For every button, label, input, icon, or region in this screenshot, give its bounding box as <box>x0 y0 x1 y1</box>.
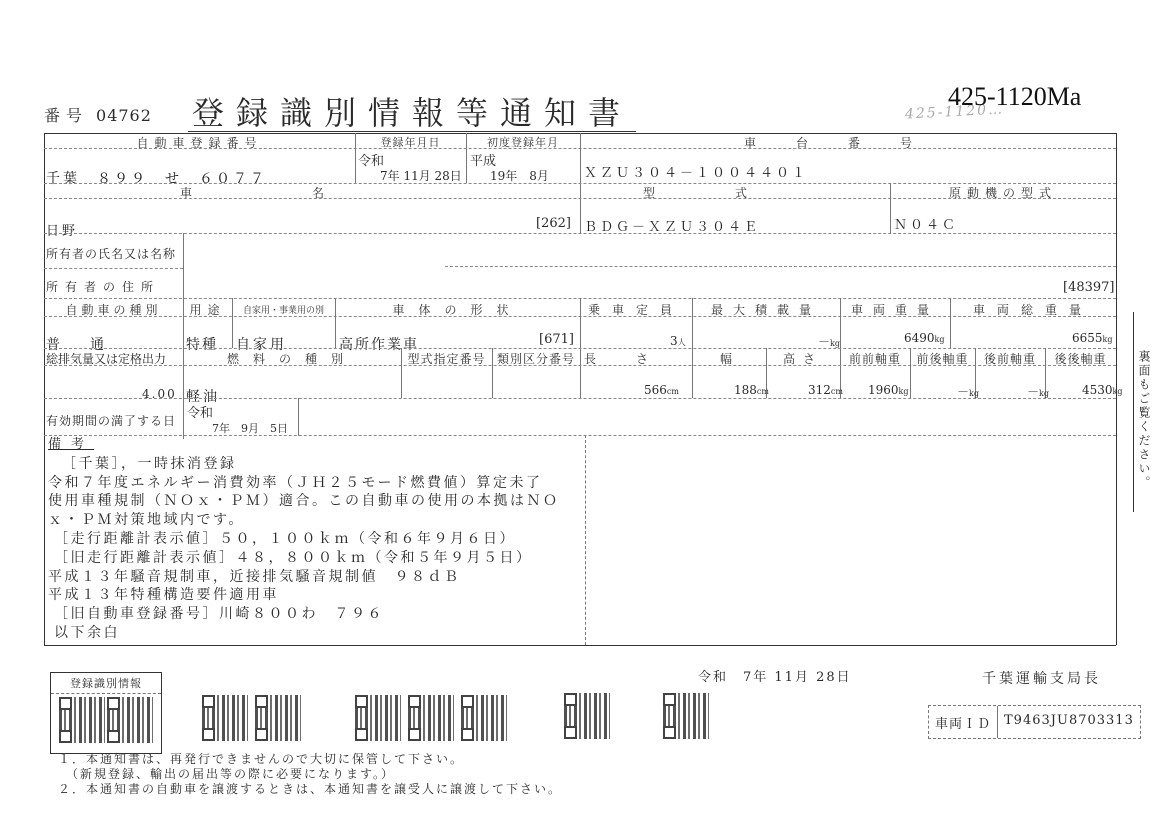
reference-code: 425-1120Ma <box>948 82 1081 112</box>
length-label: 長さ <box>580 350 692 367</box>
cm-unit: cm <box>757 387 769 396</box>
width-value: 188cm <box>734 383 769 397</box>
weight-label: 車両重量 <box>840 301 950 318</box>
remark-line: ［旧自動車登録番号］川崎８００わ ７９６ <box>48 605 560 624</box>
remark-line: ［千葉］，一時抹消登録 <box>48 455 560 474</box>
owner-address-code: [48397] <box>1063 280 1115 295</box>
rf-axle-label: 後前軸重 <box>975 350 1045 367</box>
remark-line: 使用車種規制（ＮＯｘ・ＰＭ）適合。この自動車の使用の本拠はＮＯ <box>48 492 560 511</box>
reg-date-label: 登録年月日 <box>355 134 466 150</box>
vehicle-name-label: 車名 <box>44 184 580 201</box>
gross-label: 車両総重量 <box>950 301 1116 318</box>
fr-axle-number: － <box>957 385 969 399</box>
height-number: 312 <box>808 383 831 397</box>
side-note-text: 裏面もご覧ください。 <box>1136 350 1153 490</box>
model-designation-label: 型式指定番号 <box>401 350 492 367</box>
cm-unit: cm <box>831 387 843 396</box>
ff-axle-number: 1960 <box>868 383 899 397</box>
kg-unit: kg <box>899 387 909 396</box>
qr-box-label: 登録識別情報 <box>51 673 161 694</box>
expiry-value: 7年 9月 5日 <box>212 420 288 436</box>
page-title: 登録識別情報等通知書 <box>188 95 636 132</box>
kg-unit: kg <box>1113 387 1123 396</box>
rr-axle-number: 4530 <box>1082 383 1113 397</box>
expiry-era: 令和 <box>187 402 213 421</box>
gross-number: 6655 <box>1072 331 1103 345</box>
rr-axle-label: 後後軸重 <box>1045 350 1116 367</box>
qr-box: 登録識別情報 <box>50 672 162 754</box>
fr-axle-label: 前後軸重 <box>910 350 975 367</box>
capacity-unit: 人 <box>678 338 686 347</box>
remark-line: 以下余白 <box>48 624 560 643</box>
vehicle-id-label: 車両ＩＤ <box>929 706 998 738</box>
height-label: 高さ <box>766 350 840 367</box>
reg-date-value: 7年 11月 28日 <box>380 167 462 184</box>
owner-address-label: 所有者の住所 <box>46 278 160 295</box>
remark-line: 平成１３年騒音規制車，近接排気騒音規制値 ９８ｄＢ <box>48 568 560 587</box>
note-line: （新規登録、輸出の届出等の際に必要になります。） <box>58 767 562 782</box>
first-reg-label: 初度登録年月 <box>466 134 580 150</box>
remark-line: ［旧走行距離計表示値］４８，８００ｋｍ（令和５年９月５日） <box>48 549 560 568</box>
qr-code-icon <box>461 695 507 741</box>
capacity-number: 3 <box>670 334 678 348</box>
qr-code-icon <box>107 697 153 743</box>
weight-number: 6490 <box>904 331 935 345</box>
cm-unit: cm <box>667 387 679 396</box>
engine-value: Ｎ０４Ｃ <box>894 214 958 233</box>
model-label: 型式 <box>580 184 890 201</box>
vehicle-name-code: [262] <box>536 216 571 231</box>
issue-date: 令和 7年 11月 28日 <box>698 666 852 685</box>
qr-code-icon <box>408 695 454 741</box>
private-label: 自家用・事業用の別 <box>232 303 335 316</box>
remarks-section: 備考 ［千葉］，一時抹消登録 令和７年度エネルギー消費効率（ＪＨ２５モード燃費値… <box>48 436 560 643</box>
kg-unit: kg <box>1103 335 1113 344</box>
fuel-label: 燃料の種別 <box>183 350 401 367</box>
gross-value: 6655kg <box>1072 331 1113 345</box>
note-line: １．本通知書は、再発行できませんので大切に保管して下さい。 <box>58 752 562 767</box>
qr-code-icon <box>59 697 105 743</box>
number-label: 番号 <box>44 106 88 125</box>
qr-code-icon <box>564 693 610 739</box>
vehicle-id-value: T9463JU8703313 <box>998 706 1140 738</box>
footer-notes: １．本通知書は、再発行できませんので大切に保管して下さい。 （新規登録、輸出の届… <box>58 752 562 797</box>
number-value: 04762 <box>96 106 152 125</box>
vehicle-name-value: 日野 <box>46 220 78 239</box>
max-load-number: － <box>818 335 830 349</box>
expiry-label: 有効期間の満了する日 <box>46 412 176 429</box>
rr-axle-value: 4530kg <box>1082 383 1123 397</box>
capacity-label: 乗車定員 <box>580 301 692 318</box>
category-label: 類別区分番号 <box>492 350 580 367</box>
kg-unit: kg <box>935 335 945 344</box>
width-number: 188 <box>734 383 757 397</box>
qr-code-icon <box>255 695 301 741</box>
height-value: 312cm <box>808 383 843 397</box>
qr-code-icon <box>355 695 401 741</box>
body-label: 車体の形状 <box>335 301 580 318</box>
qr-code-icon <box>202 695 248 741</box>
kg-unit: kg <box>830 339 840 348</box>
vehicle-id-box: 車両ＩＤ T9463JU8703313 <box>928 705 1141 739</box>
max-load-label: 最大積載量 <box>692 301 840 318</box>
rf-axle-number: － <box>1027 385 1039 399</box>
ff-axle-value: 1960kg <box>868 383 909 397</box>
engine-label: 原動機の型式 <box>890 184 1116 201</box>
remark-line: 平成１３年特種構造要件適用車 <box>48 586 560 605</box>
chassis-label: 車台番号 <box>580 134 1116 151</box>
plate-label: 自動車登録番号 <box>44 134 355 151</box>
kg-unit: kg <box>969 389 979 398</box>
vehicle-type-label: 自動車の種別 <box>44 301 183 318</box>
document-number: 番号04762 <box>44 103 152 126</box>
issuing-authority: 千葉運輸支局長 <box>982 668 1101 688</box>
kg-unit: kg <box>1039 389 1049 398</box>
chassis-value: ＸＺＵ３０４－１００４４０１ <box>584 162 808 181</box>
remark-line: ｘ・ＰＭ対策地域内です。 <box>48 511 560 530</box>
first-reg-value: 19年 8月 <box>490 167 549 184</box>
body-code: [671] <box>539 332 574 347</box>
use-label: 用途 <box>183 301 232 318</box>
remarks-heading: 備考 <box>48 436 560 455</box>
owner-name-label: 所有者の氏名又は名称 <box>46 245 176 262</box>
note-line: ２．本通知書の自動車を譲渡するときは、本通知書を譲受人に譲渡して下さい。 <box>58 782 562 797</box>
side-note: 裏面もご覧ください。 <box>1133 312 1150 512</box>
width-label: 幅 <box>692 350 766 367</box>
ff-axle-label: 前前軸重 <box>840 350 910 367</box>
remark-line: 令和７年度エネルギー消費効率（ＪＨ２５モード燃費値）算定未了 <box>48 474 560 493</box>
displacement-label: 総排気量又は定格出力 <box>46 350 166 367</box>
capacity-value: 3人 <box>670 334 686 348</box>
weight-value: 6490kg <box>904 331 945 345</box>
length-number: 566 <box>644 383 667 397</box>
length-value: 566cm <box>644 383 679 397</box>
qr-code-icon <box>663 693 709 739</box>
remark-line: ［走行距離計表示値］５０，１００ｋｍ（令和６年９月６日） <box>48 530 560 549</box>
